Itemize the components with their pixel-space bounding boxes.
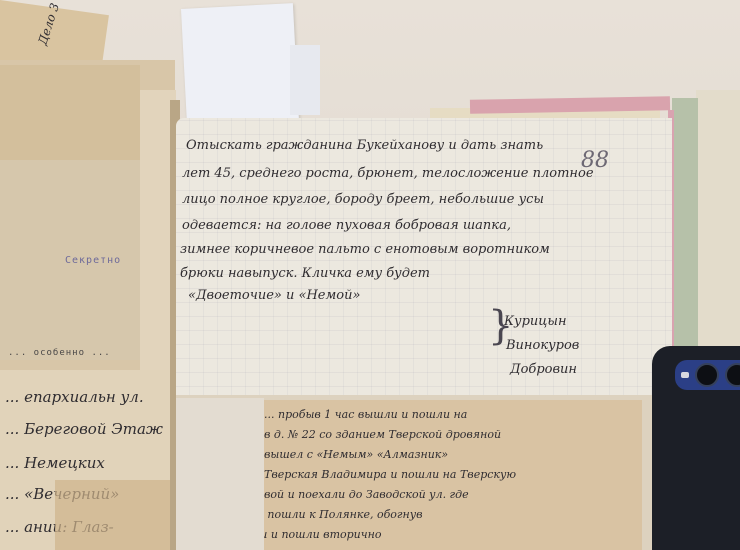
- flash-icon: [681, 372, 689, 378]
- handwritten-line: брюки навыпуск. Кличка ему будет: [180, 266, 430, 281]
- signature: Курицын: [504, 314, 567, 329]
- handwritten-line: в д. № 22 со зданием Тверской дровяной: [264, 428, 501, 441]
- camera-lens-icon: [695, 363, 719, 387]
- handwritten-line: одевается: на голове пуховая бобровая ша…: [182, 218, 511, 233]
- lower-handwritten-note: ... пробыв 1 час вышли и пошли на в д. №…: [262, 400, 642, 550]
- handwritten-line: ... епархиальн ул.: [5, 388, 144, 406]
- phone-camera-module: [675, 360, 740, 390]
- main-handwritten-page: Отыскать гражданина Букейханову и дать з…: [176, 118, 672, 400]
- handwritten-line: вышел с «Немым» «Алмазник»: [264, 448, 448, 461]
- handwritten-line: вой и поехали до Заводской ул. где: [264, 488, 469, 501]
- handwritten-line: лицо полное круглое, бороду бреет, небол…: [182, 192, 544, 207]
- card-text: Дело 3: [35, 1, 62, 46]
- handwritten-line: зимнее коричневое пальто с енотовым воро…: [180, 242, 550, 257]
- handwritten-line: ... Немецких: [5, 454, 105, 472]
- white-paper-slip-edge: [290, 45, 320, 115]
- lower-white-strip: [176, 398, 264, 550]
- pencil-page-number: 88: [581, 148, 609, 173]
- handwritten-line: Тверская Владимира и пошли на Тверскую: [264, 468, 516, 481]
- typed-line: ... особенно ...: [8, 348, 111, 358]
- handwritten-line: лет 45, среднего роста, брюнет, телослож…: [182, 166, 594, 181]
- white-paper-slip: [181, 3, 299, 127]
- handwritten-line: ... Береговой Этаж: [5, 420, 163, 438]
- stain-patch: [55, 480, 175, 550]
- secret-stamp: Секретно: [65, 255, 121, 266]
- handwritten-line: «Двоеточие» и «Немой»: [188, 288, 360, 303]
- signature: Винокуров: [506, 338, 579, 353]
- camera-lens-icon: [725, 363, 740, 387]
- signature: Добровин: [510, 362, 577, 377]
- handwritten-line: ... пробыв 1 час вышли и пошли на: [264, 408, 467, 421]
- left-page-top: [0, 65, 140, 175]
- handwritten-line: Отыскать гражданина Букейханову и дать з…: [186, 138, 543, 153]
